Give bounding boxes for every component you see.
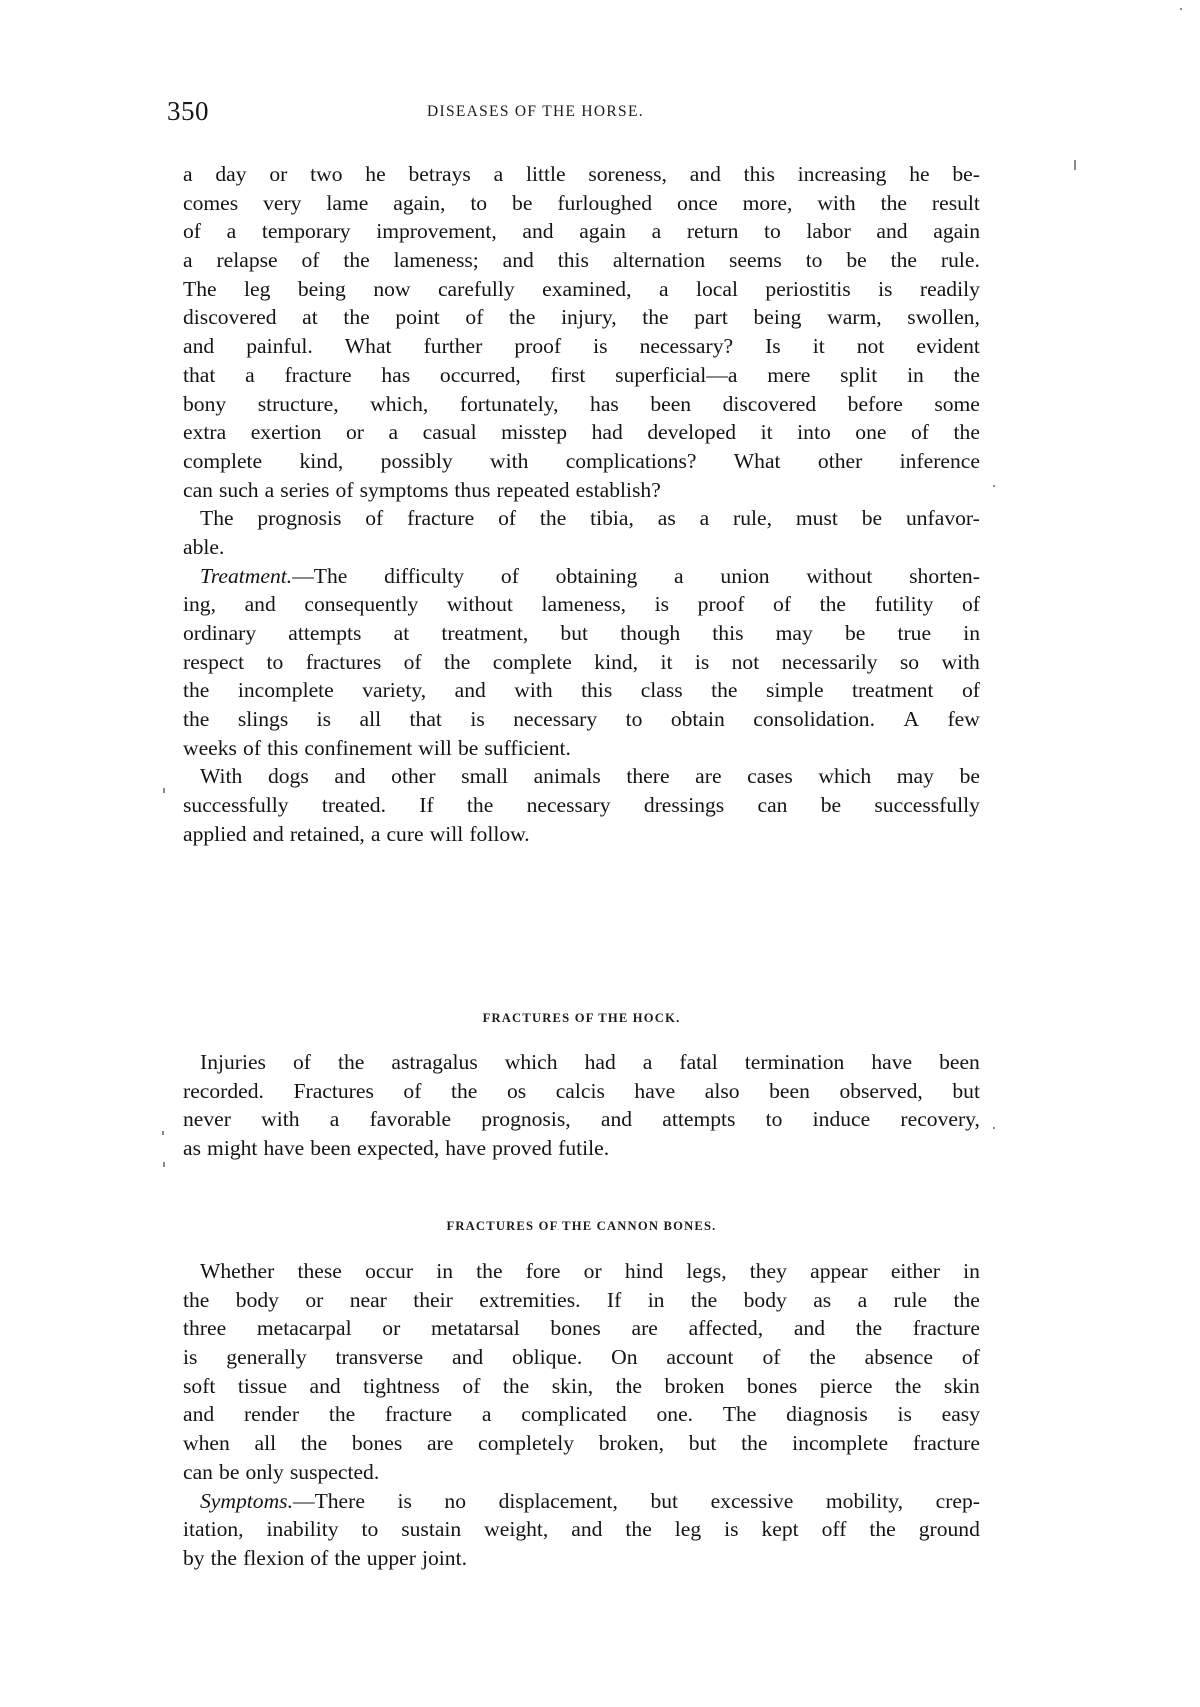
page-number: 350 [167, 96, 209, 127]
text-block-hock: Injuriesoftheastragaluswhichhadafatalter… [183, 1048, 980, 1163]
text-line: softtissueandtightnessoftheskin,thebroke… [183, 1372, 980, 1401]
book-page: 350 DISEASES OF THE HORSE. adayortwohebe… [0, 0, 1200, 1707]
text-line: andrenderthefractureacomplicatedone.Thed… [183, 1400, 980, 1429]
text-line: successfullytreated.Ifthenecessarydressi… [183, 791, 980, 820]
paragraph: Symptoms.—Thereisnodisplacement,butexces… [183, 1487, 980, 1573]
text-line: ofatemporaryimprovement,andagainareturnt… [183, 217, 980, 246]
text-line: arelapseofthelameness;andthisalternation… [183, 246, 980, 275]
paragraph: Theprognosisoffractureofthetibia,asarule… [183, 504, 980, 561]
italic-lead: Symptoms. [200, 1489, 293, 1513]
scan-speck [163, 1162, 165, 1167]
text-line: threemetacarpalormetatarsalbonesareaffec… [183, 1314, 980, 1343]
text-line: neverwithafavorableprognosis,andattempts… [183, 1105, 980, 1134]
text-line: whenallthebonesarecompletelybroken,butth… [183, 1429, 980, 1458]
text-line: itation,inabilitytosustainweight,andthel… [183, 1515, 980, 1544]
text-block-cannon-bones: Whethertheseoccurintheforeorhindlegs,the… [183, 1257, 980, 1573]
text-line: Treatment.—Thedifficultyofobtainingaunio… [183, 562, 980, 591]
text-line: bytheflexionoftheupperjoint. [183, 1544, 980, 1573]
text-line: comesverylameagain,tobefurloughedoncemor… [183, 189, 980, 218]
text-line: completekind,possiblywithcomplications?W… [183, 447, 980, 476]
paragraph: Whethertheseoccurintheforeorhindlegs,the… [183, 1257, 980, 1487]
scan-speck [1180, 8, 1182, 10]
text-line: cansuchaseriesofsymptomsthusrepeatedesta… [183, 476, 980, 505]
scan-speck [993, 1127, 995, 1129]
text-line: Injuriesoftheastragaluswhichhadafatalter… [183, 1048, 980, 1077]
text-line: bonystructure,which,fortunately,hasbeend… [183, 390, 980, 419]
text-line: theslingsisallthatisnecessarytoobtaincon… [183, 705, 980, 734]
text-line: appliedandretained,acurewillfollow. [183, 820, 980, 849]
text-line: respecttofracturesofthecompletekind,itis… [183, 648, 980, 677]
scan-speck [1074, 160, 1076, 170]
running-title: DISEASES OF THE HORSE. [427, 103, 644, 121]
text-line: ordinaryattemptsattreatment,butthoughthi… [183, 619, 980, 648]
text-line: Theprognosisoffractureofthetibia,asarule… [183, 504, 980, 533]
section-heading-hock: FRACTURES OF THE HOCK. [183, 1011, 980, 1026]
paragraph: Withdogsandothersmallanimalstherearecase… [183, 762, 980, 848]
scan-speck [993, 485, 995, 487]
text-line: canbeonlysuspected. [183, 1458, 980, 1487]
scan-speck [162, 1131, 164, 1135]
text-line: discoveredatthepointoftheinjury,thepartb… [183, 303, 980, 332]
italic-lead: Treatment. [200, 564, 292, 588]
paragraph: Injuriesoftheastragaluswhichhadafatalter… [183, 1048, 980, 1163]
text-line: Withdogsandothersmallanimalstherearecase… [183, 762, 980, 791]
scan-speck [163, 788, 165, 793]
text-line: isgenerallytransverseandoblique.Onaccoun… [183, 1343, 980, 1372]
text-line: able. [183, 533, 980, 562]
text-line: Symptoms.—Thereisnodisplacement,butexces… [183, 1487, 980, 1516]
text-line: Thelegbeingnowcarefullyexamined,alocalpe… [183, 275, 980, 304]
text-line: thatafracturehasoccurred,firstsuperficia… [183, 361, 980, 390]
text-line: recorded.Fracturesoftheoscalcishavealsob… [183, 1077, 980, 1106]
text-line: asmighthavebeenexpected,haveprovedfutile… [183, 1134, 980, 1163]
paragraph: Treatment.—Thedifficultyofobtainingaunio… [183, 562, 980, 763]
text-line: andpainful.Whatfurtherproofisnecessary?I… [183, 332, 980, 361]
text-line: adayortwohebetraysalittlesoreness,andthi… [183, 160, 980, 189]
text-line: theincompletevariety,andwiththisclassthe… [183, 676, 980, 705]
running-header: 350 DISEASES OF THE HORSE. [167, 96, 967, 136]
text-line: thebodyorneartheirextremities.Ifinthebod… [183, 1286, 980, 1315]
section-heading-cannon-bones: FRACTURES OF THE CANNON BONES. [183, 1219, 980, 1234]
paragraph: adayortwohebetraysalittlesoreness,andthi… [183, 160, 980, 504]
text-line: Whethertheseoccurintheforeorhindlegs,the… [183, 1257, 980, 1286]
text-line: extraexertionoracasualmisstephaddevelope… [183, 418, 980, 447]
text-block-tibia: adayortwohebetraysalittlesoreness,andthi… [183, 160, 980, 849]
text-line: weeksofthisconfinementwillbesufficient. [183, 734, 980, 763]
text-line: ing,andconsequentlywithoutlameness,ispro… [183, 590, 980, 619]
